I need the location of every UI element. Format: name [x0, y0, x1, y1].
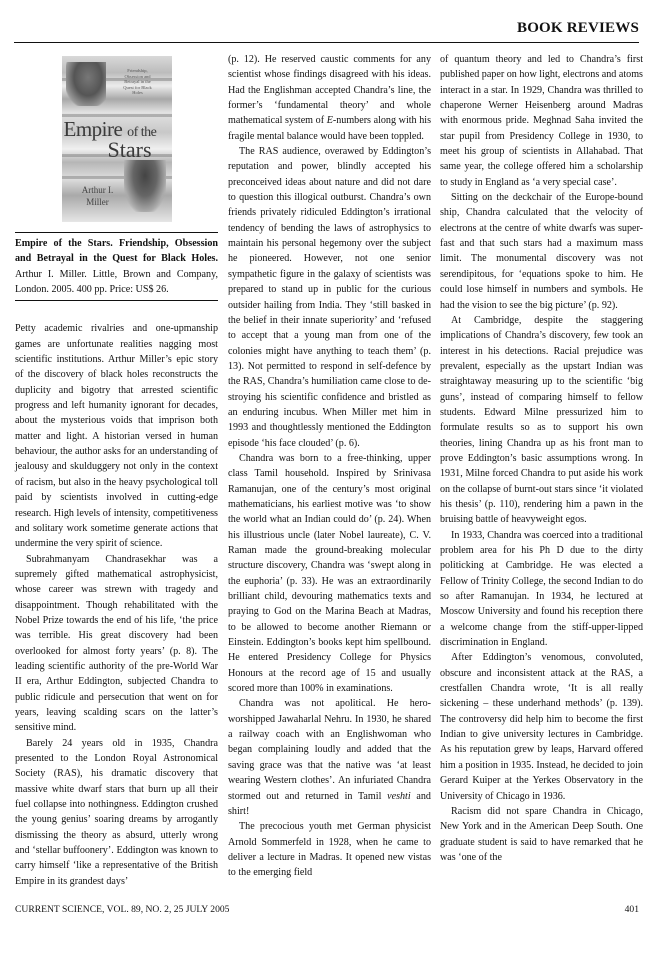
cover-title-stars: Stars	[108, 142, 152, 157]
paragraph: (p. 12). He reserved caustic comments fo…	[228, 52, 431, 144]
paragraph: Petty academic rivalries and one-upmansh…	[15, 321, 218, 551]
paragraph: Barely 24 years old in 1935, Chandra pre…	[15, 736, 218, 889]
book-info-box: Friendship, Obsession and Betrayal in th…	[15, 56, 218, 301]
paragraph: The precocious youth met German physi­ci…	[228, 819, 431, 880]
journal-citation-footer: CURRENT SCIENCE, VOL. 89, NO. 2, 25 JULY…	[15, 904, 229, 915]
paragraph: Racism did not spare Chandra in Chicago,…	[440, 804, 643, 865]
cover-author-line: Miller	[76, 196, 120, 208]
page-number: 401	[625, 904, 639, 915]
paragraph: In 1933, Chandra was coerced into a trad…	[440, 528, 643, 651]
paragraph: Subrahmanyam Chandrasekhar was a supreme…	[15, 552, 218, 736]
cover-subtitle: Friendship, Obsession and Betrayal in th…	[112, 68, 164, 96]
book-cover-image: Friendship, Obsession and Betrayal in th…	[62, 56, 172, 222]
cover-subtitle-line: Holes	[112, 90, 164, 96]
italic-term: veshti	[387, 791, 411, 802]
paragraph: At Cambridge, despite the staggering imp…	[440, 313, 643, 528]
paragraph: The RAS audience, overawed by Edding­ton…	[228, 144, 431, 451]
right-column: of quantum theory and led to Chandra’s f…	[440, 52, 643, 865]
book-publication-details: Arthur I. Miller. Little, Brown and Comp…	[15, 269, 218, 295]
review-text-left: Petty academic rivalries and one-upmansh…	[15, 321, 218, 889]
cover-author: Arthur I. Miller	[76, 184, 120, 208]
book-title: Empire of the Stars. Friendship, Obsessi…	[15, 238, 218, 264]
paragraph: After Eddington’s venomous, convoluted, …	[440, 650, 643, 803]
paragraph: Sitting on the deckchair of the Europe-b…	[440, 190, 643, 313]
paragraph: Chandra was not apolitical. He hero-wors…	[228, 696, 431, 819]
paragraph: Chandra was born to a free-thinking, upp…	[228, 451, 431, 697]
paragraph: of quantum theory and led to Chandra’s f…	[440, 52, 643, 190]
cover-portrait-chandra	[124, 160, 166, 212]
italic-term: E	[327, 115, 333, 126]
left-column: Friendship, Obsession and Betrayal in th…	[15, 52, 218, 889]
middle-column: (p. 12). He reserved caustic comments fo…	[228, 52, 431, 881]
cover-portrait-eddington	[66, 62, 106, 106]
header-rule	[14, 42, 639, 43]
cover-author-line: Arthur I.	[76, 184, 120, 196]
book-citation: Empire of the Stars. Friendship, Obsessi…	[15, 232, 218, 301]
section-title: BOOK REVIEWS	[517, 20, 639, 37]
